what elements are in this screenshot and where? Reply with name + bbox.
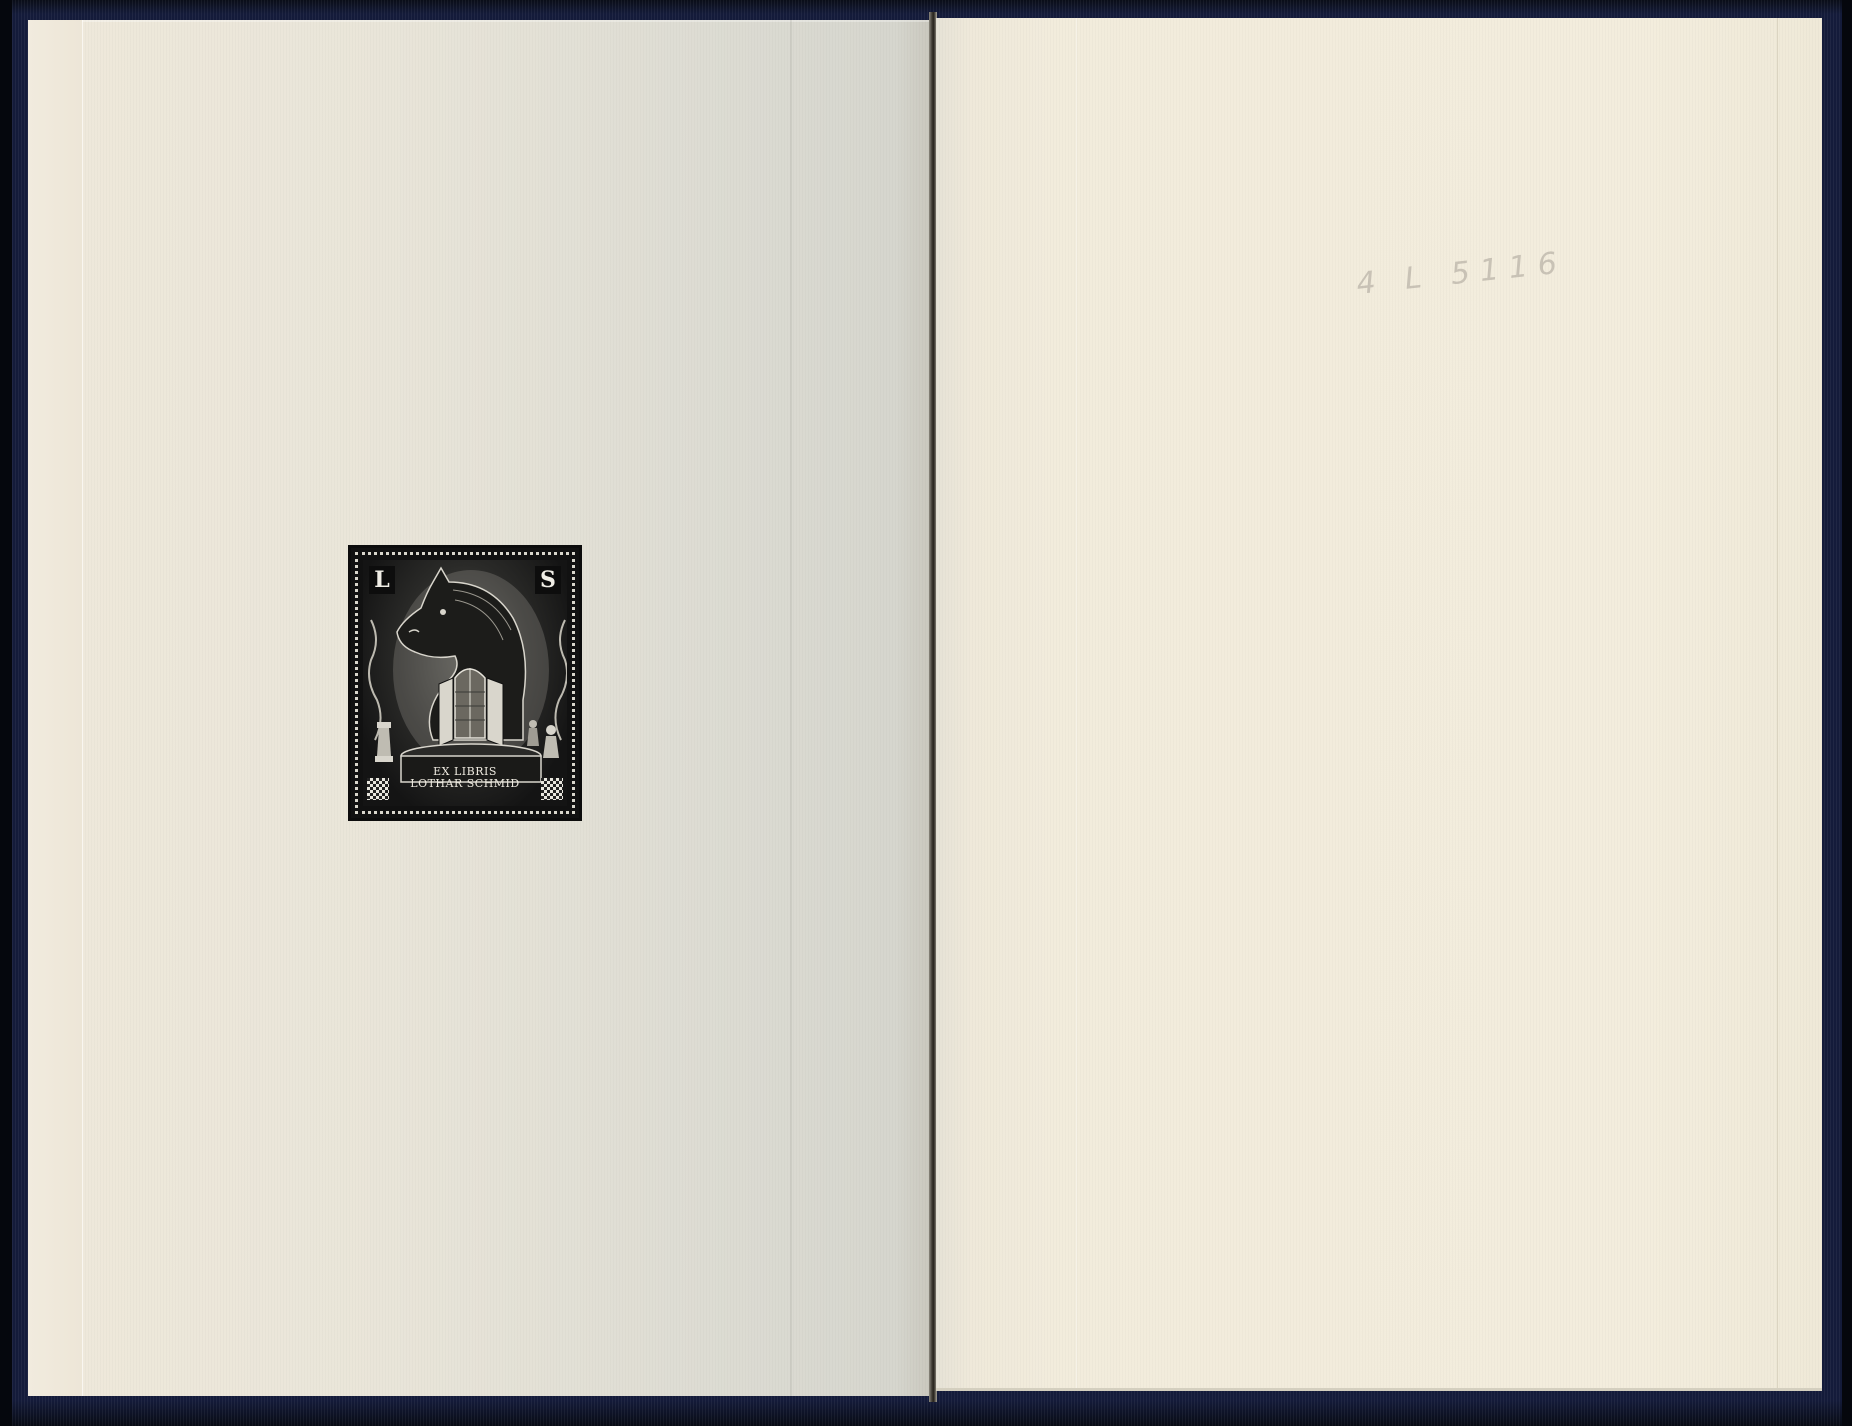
page-crease [1076, 18, 1077, 1388]
bookplate-banner: EX LIBRIS LOTHAR SCHMID [393, 766, 537, 790]
pencil-annotation: 4 L 5116 [1355, 245, 1569, 302]
monogram-s: S [535, 566, 561, 594]
left-endpaper: L S EX LIBRIS LOTHAR SCHMID [28, 20, 932, 1396]
monogram-l: L [369, 566, 395, 594]
owner-name: LOTHAR SCHMID [393, 778, 537, 790]
checkerboard-right [541, 778, 563, 800]
bookplate-illustration: L S EX LIBRIS LOTHAR SCHMID [363, 560, 567, 806]
right-endpaper: 4 L 5116 [936, 18, 1822, 1388]
checkerboard-left [367, 778, 389, 800]
cover-turn-in-top [82, 20, 932, 22]
cover-edge-left [0, 0, 12, 1426]
cover-edge-right [1842, 0, 1852, 1426]
cover-turn-in [28, 20, 83, 1396]
ex-libris-bookplate: L S EX LIBRIS LOTHAR SCHMID [348, 545, 582, 821]
cover-turn-in-right [1777, 18, 1822, 1388]
fold-line [790, 20, 792, 1396]
